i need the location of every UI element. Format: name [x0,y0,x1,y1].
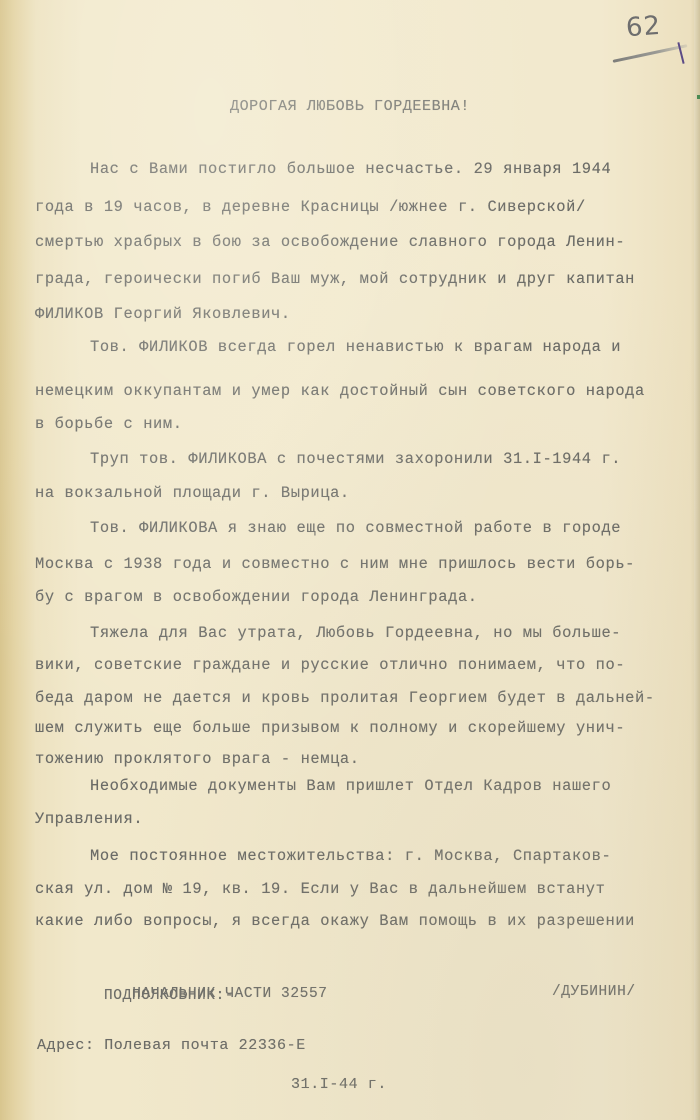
pencil-underline-mark [613,44,688,63]
letter-body-line: Труп тов. ФИЛИКОВА с почестями захоронил… [90,450,621,468]
letter-body-line: немецким оккупантам и умер как достойный… [35,382,645,400]
archive-page-number: 62 [625,11,662,43]
letter-body-line: года в 19 часов, в деревне Красницы /южн… [35,198,586,216]
letter-body-line: вики, советские граждане и русские отлич… [35,656,625,674]
signature-rank: ПОДПОЛКОВНИК:- [104,988,234,1004]
letter-body-line: града, героически погиб Ваш муж, мой сот… [35,270,635,288]
letter-body-line: Тов. ФИЛИКОВ всегда горел ненавистью к в… [90,338,621,356]
letter-body-line: Мое постоянное местожительства: г. Москв… [90,847,611,865]
letter-body-line: ФИЛИКОВ Георгий Яковлевич. [35,305,291,323]
letter-body-line: Управления. [35,810,143,828]
letter-body-line: смертью храбрых в бою за освобождение сл… [35,233,625,251]
letter-body-line: беда даром не дается и кровь пролитая Ге… [35,689,655,707]
letter-body-line: шем служить еще больше призывом к полном… [35,719,625,737]
signatory-name: /ДУБИНИН/ [552,984,636,1000]
letter-salutation: ДОРОГАЯ ЛЮБОВЬ ГОРДЕЕВНА! [0,98,700,115]
letter-body-line: в борьбе с ним. [35,415,183,433]
letter-body-line: какие либо вопросы, я всегда окажу Вам п… [35,912,635,930]
letter-body-line: на вокзальной площади г. Вырица. [35,484,350,502]
letter-body-line: Москва с 1938 года и совместно с ним мне… [35,555,635,573]
letter-body-line: Тов. ФИЛИКОВА я знаю еще по совместной р… [90,519,621,537]
letter-body-line: тожению проклятого врага - немца. [35,750,360,768]
page-edge [694,0,700,1120]
letter-body-line: Необходимые документы Вам пришлет Отдел … [90,777,611,795]
letter-body-line: Нас с Вами постигло большое несчастье. 2… [90,160,611,178]
letter-body-line: ская ул. дом № 19, кв. 19. Если у Вас в … [35,880,605,898]
scanned-letter-page: 62 ДОРОГАЯ ЛЮБОВЬ ГОРДЕЕВНА! Нас с Вами … [0,0,700,1120]
letter-body-line: Тяжела для Вас утрата, Любовь Гордеевна,… [90,624,621,642]
letter-body-line: бу с врагом в освобождении города Ленинг… [35,588,478,606]
letter-date: 31.I-44 г. [291,1076,387,1093]
field-post-address: Адрес: Полевая почта 22336-Е [37,1037,306,1054]
